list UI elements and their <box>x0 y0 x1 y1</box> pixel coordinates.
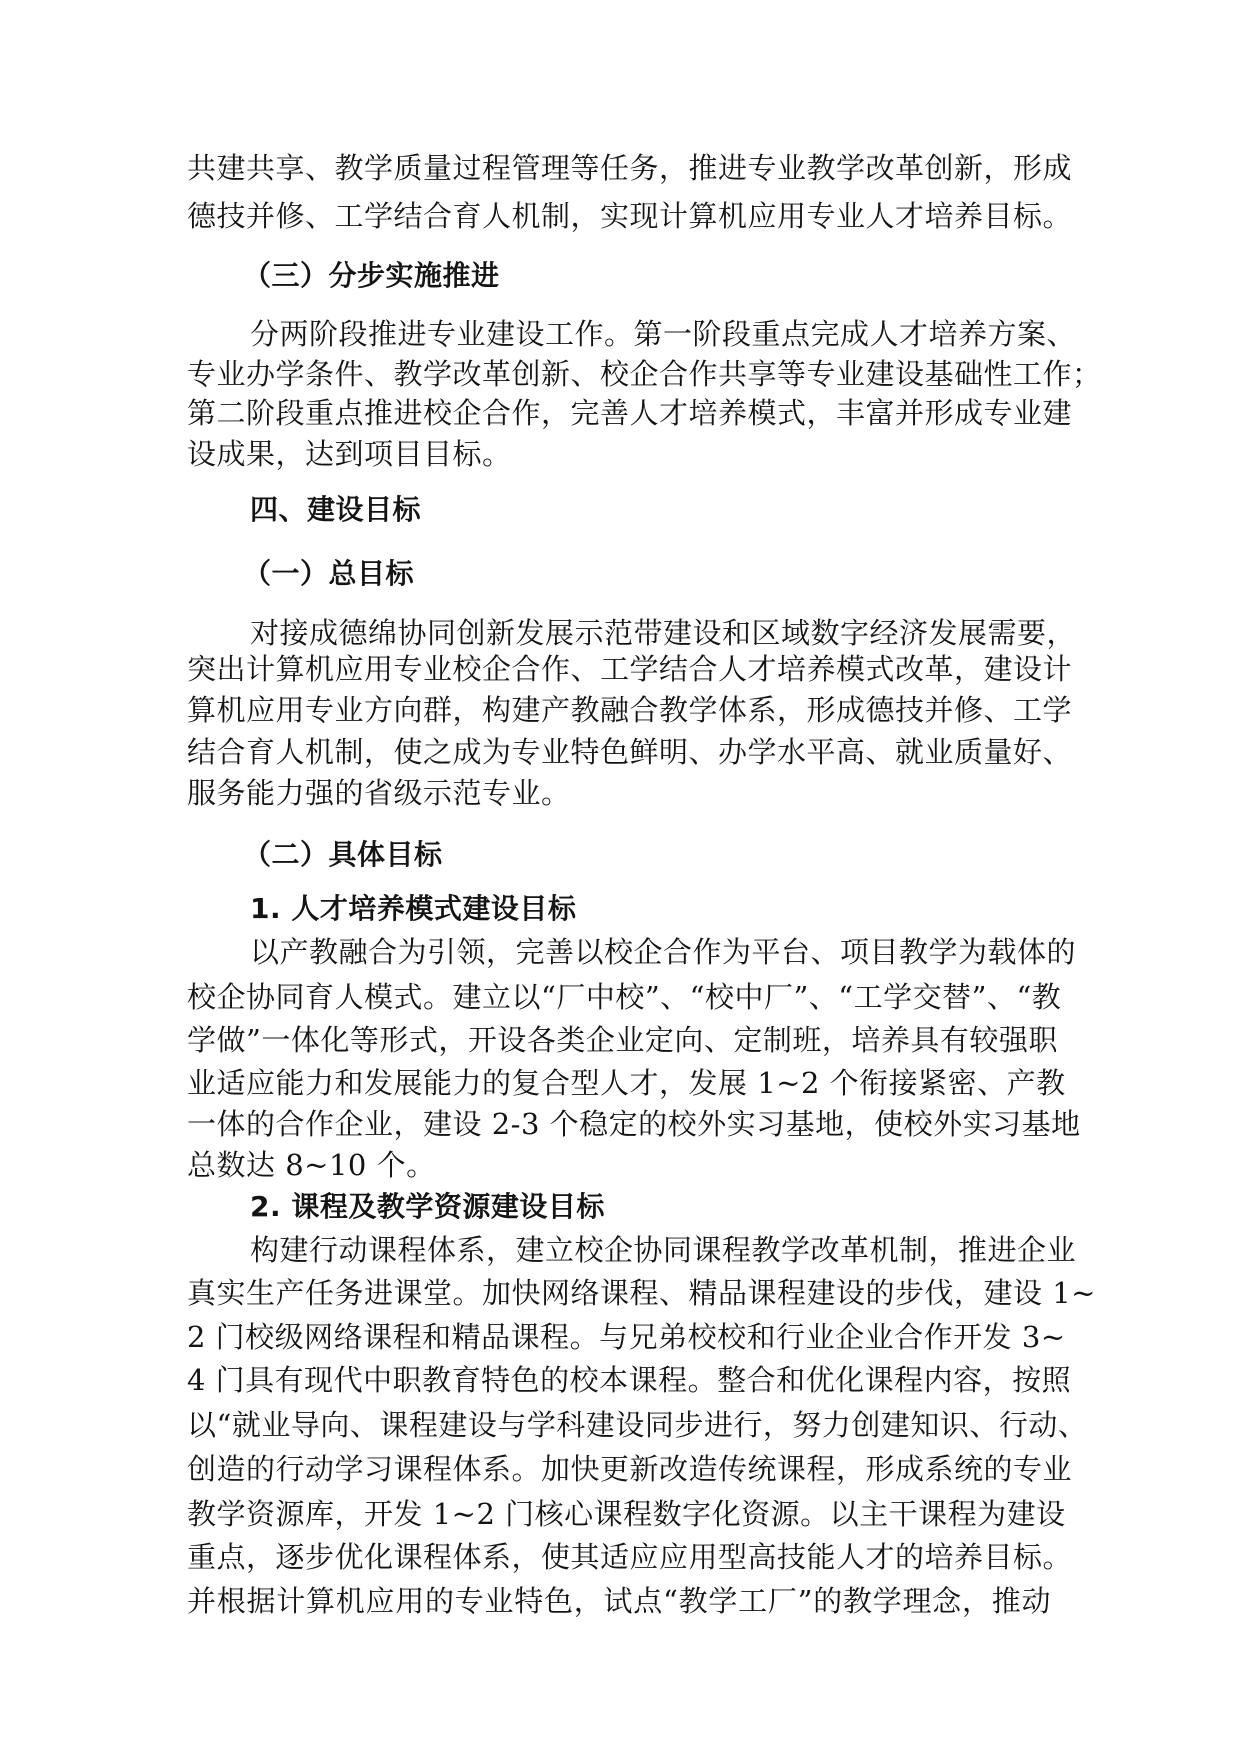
paragraph-line: 共建共享、教学质量过程管理等任务，推进专业教学改革创新，形成 <box>187 148 1051 188</box>
paragraph-line: 第二阶段重点推进校企合作，完善人才培养模式，丰富并形成专业建 <box>187 393 1051 433</box>
paragraph-line: 一体的合作企业，建设 2-3 个稳定的校外实习基地，使校外实习基地 <box>187 1104 1051 1144</box>
subsection-heading: （二）具体目标 <box>243 835 443 875</box>
paragraph-line: 突出计算机应用专业校企合作、工学结合人才培养模式改革，建设计 <box>187 649 1051 689</box>
paragraph-line: 分两阶段推进专业建设工作。第一阶段重点完成人才培养方案、 <box>250 314 1051 354</box>
paragraph-line: 重点，逐步优化课程体系，使其适应应用型高技能人才的培养目标。 <box>187 1537 1051 1577</box>
paragraph-line: 学做”一体化等形式，开设各类企业定向、定制班，培养具有较强职 <box>187 1020 1051 1060</box>
paragraph-line: 真实生产任务进课堂。加快网络课程、精品课程建设的步伐，建设 1~ <box>187 1273 1051 1313</box>
paragraph-line: 2 门校级网络课程和精品课程。与兄弟校校和行业企业合作开发 3~ <box>187 1317 1051 1357</box>
paragraph-line: 以产教融合为引领，完善以校企合作为平台、项目教学为载体的 <box>250 932 1051 972</box>
paragraph-line: 并根据计算机应用的专业特色，试点“教学工厂”的教学理念，推动 <box>187 1581 1051 1621</box>
paragraph-line: 设成果，达到项目目标。 <box>187 434 1051 474</box>
document-page: 共建共享、教学质量过程管理等任务，推进专业教学改革创新，形成 德技并修、工学结合… <box>0 0 1240 1753</box>
section-heading: 四、建设目标 <box>250 490 421 530</box>
paragraph-line: 教学资源库，开发 1~2 门核心课程数字化资源。以主干课程为建设 <box>187 1494 1051 1534</box>
subsection-heading: （一）总目标 <box>243 554 414 594</box>
paragraph-line: 结合育人机制，使之成为专业特色鲜明、办学水平高、就业质量好、 <box>187 732 1051 772</box>
item-heading: 1. 人才培养模式建设目标 <box>250 889 576 929</box>
paragraph-line: 专业办学条件、教学改革创新、校企合作共享等专业建设基础性工作； <box>187 354 1051 394</box>
paragraph-line: 4 门具有现代中职教育特色的校本课程。整合和优化课程内容，按照 <box>187 1360 1051 1400</box>
item-heading: 2. 课程及教学资源建设目标 <box>250 1187 605 1227</box>
paragraph-line: 服务能力强的省级示范专业。 <box>187 773 1051 813</box>
paragraph-line: 德技并修、工学结合育人机制，实现计算机应用专业人才培养目标。 <box>187 196 1051 236</box>
paragraph-line: 创造的行动学习课程体系。加快更新改造传统课程，形成系统的专业 <box>187 1449 1051 1489</box>
paragraph-line: 对接成德绵协同创新发展示范带建设和区域数字经济发展需要， <box>250 613 1051 653</box>
subsection-heading: （三）分步实施推进 <box>243 256 500 296</box>
paragraph-line: 构建行动课程体系，建立校企协同课程教学改革机制，推进企业 <box>250 1230 1051 1270</box>
paragraph-line: 业适应能力和发展能力的复合型人才，发展 1~2 个衔接紧密、产教 <box>187 1063 1051 1103</box>
paragraph-line: 总数达 8~10 个。 <box>187 1145 1051 1185</box>
paragraph-line: 校企协同育人模式。建立以“厂中校”、“校中厂”、“工学交替”、“教 <box>187 977 1051 1017</box>
paragraph-line: 以“就业导向、课程建设与学科建设同步进行，努力创建知识、行动、 <box>187 1405 1051 1445</box>
paragraph-line: 算机应用专业方向群，构建产教融合教学体系，形成德技并修、工学 <box>187 690 1051 730</box>
